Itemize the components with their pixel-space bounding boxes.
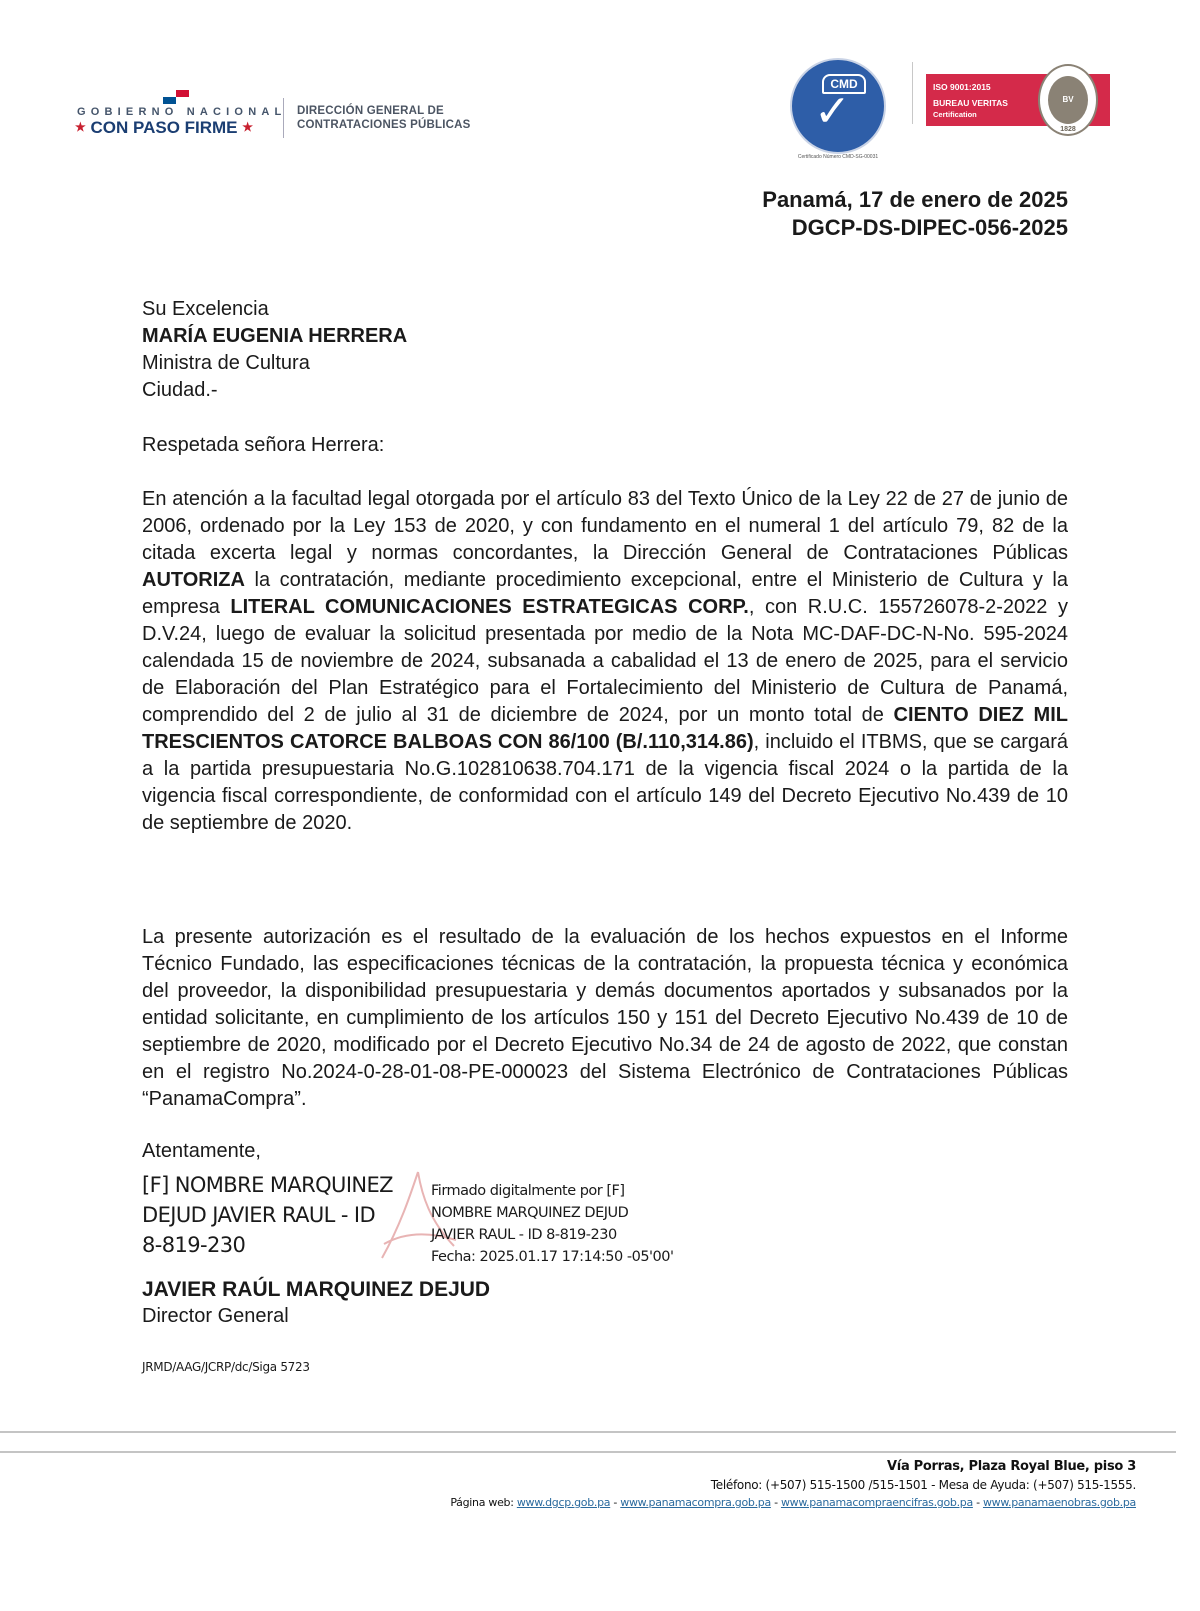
signature-detail-line: NOMBRE MARQUINEZ DEJUD [431,1202,673,1224]
bureau-veritas-logo: ISO 9001:2015 BUREAU VERITAS Certificati… [926,74,1110,126]
link-panamacompra[interactable]: www.panamacompra.gob.pa [620,1496,771,1509]
link-panamacompraencifras[interactable]: www.panamacompraencifras.gob.pa [781,1496,973,1509]
paragraph-text: En atención a la facultad legal otorgada… [142,488,1068,564]
signature-detail-line: Firmado digitalmente por [F] [431,1180,673,1202]
separator: - [771,1496,781,1509]
cmd-certification-logo: CMD ✓ Certificado Número CMD-SG-00031 [786,58,890,162]
agency-name-line1: DIRECCIÓN GENERAL DE [297,104,470,118]
gov-logo-slogan: CON PASO FIRME [91,118,238,137]
certification-divider [912,62,913,124]
link-panamaenobras[interactable]: www.panamaenobras.gob.pa [983,1496,1136,1509]
signature-name-line: DEJUD JAVIER RAUL - ID [142,1200,393,1230]
closing: Atentamente, [142,1138,261,1165]
digital-signature-details: Firmado digitalmente por [F] NOMBRE MARQ… [431,1180,673,1268]
panama-flag-icon [163,90,189,104]
footer-divider [0,1431,1176,1433]
signer-title: Director General [142,1303,289,1330]
bv-name: BUREAU VERITAS [933,97,1008,109]
signature-detail-line: JAVIER RAUL - ID 8-819-230 [431,1224,673,1246]
link-dgcp[interactable]: www.dgcp.gob.pa [517,1496,610,1509]
footer-web: Página web: www.dgcp.gob.pa - www.panama… [450,1494,1136,1512]
footer-contact: Vía Porras, Plaza Royal Blue, piso 3 Tel… [450,1458,1136,1512]
body-paragraph-2: La presente autorización es el resultado… [142,924,1068,1113]
star-icon: ★ [75,120,86,134]
date-reference-block: Panamá, 17 de enero de 2025 DGCP-DS-DIPE… [762,186,1068,242]
gov-logo-top-line: GOBIERNO NACIONAL [77,106,286,118]
letter-date: Panamá, 17 de enero de 2025 [762,186,1068,214]
signature-date: Fecha: 2025.01.17 17:14:50 -05'00' [431,1246,673,1268]
addressee-block: Su Excelencia MARÍA EUGENIA HERRERA Mini… [142,296,407,404]
company-name: LITERAL COMUNICACIONES ESTRATEGICAS CORP… [230,596,748,618]
bv-iso-standard: ISO 9001:2015 [933,81,1008,93]
reference-initials: JRMD/AAG/JCRP/dc/Siga 5723 [142,1360,310,1374]
addressee-title: Ministra de Cultura [142,350,407,377]
addressee-city: Ciudad.- [142,377,407,404]
cmd-seal: CMD ✓ [790,58,886,154]
agency-name: DIRECCIÓN GENERAL DE CONTRATACIONES PÚBL… [297,104,470,132]
footer-web-label: Página web: [450,1496,516,1509]
logo-divider [283,98,284,138]
separator: - [973,1496,983,1509]
footer-address: Vía Porras, Plaza Royal Blue, piso 3 [450,1458,1136,1476]
addressee-name: MARÍA EUGENIA HERRERA [142,323,407,350]
bv-seal-icon: BV 1828 [1038,64,1098,136]
star-icon: ★ [242,120,253,134]
footer-phone: Teléfono: (+507) 515-1500 /515-1501 - Me… [450,1476,1136,1494]
signature-name-line: [F] NOMBRE MARQUINEZ [142,1170,393,1200]
agency-name-line2: CONTRATACIONES PÚBLICAS [297,118,470,132]
signer-name: JAVIER RAÚL MARQUINEZ DEJUD [142,1276,490,1303]
body-paragraph-1: En atención a la facultad legal otorgada… [142,486,1068,837]
authorization-keyword: AUTORIZA [142,569,245,591]
digital-signature-name: [F] NOMBRE MARQUINEZ DEJUD JAVIER RAUL -… [142,1170,393,1260]
bv-seal-figure: BV [1048,76,1088,124]
signature-name-line: 8-819-230 [142,1230,393,1260]
salutation: Respetada señora Herrera: [142,432,384,459]
separator: - [610,1496,620,1509]
government-logo: GOBIERNO NACIONAL ★ CON PASO FIRME ★ DIR… [75,88,475,144]
cmd-certificate-number: Certificado Número CMD-SG-00031 [782,154,894,160]
bv-seal-year: 1828 [1040,126,1096,133]
bv-certification: Certification [933,109,1008,121]
footer-divider [0,1451,1176,1453]
gov-logo-main-line: ★ CON PASO FIRME ★ [75,118,253,138]
checkmark-icon: ✓ [814,90,851,134]
letter-reference: DGCP-DS-DIPEC-056-2025 [762,214,1068,242]
bv-text: ISO 9001:2015 BUREAU VERITAS Certificati… [933,81,1008,121]
addressee-honorific: Su Excelencia [142,296,407,323]
